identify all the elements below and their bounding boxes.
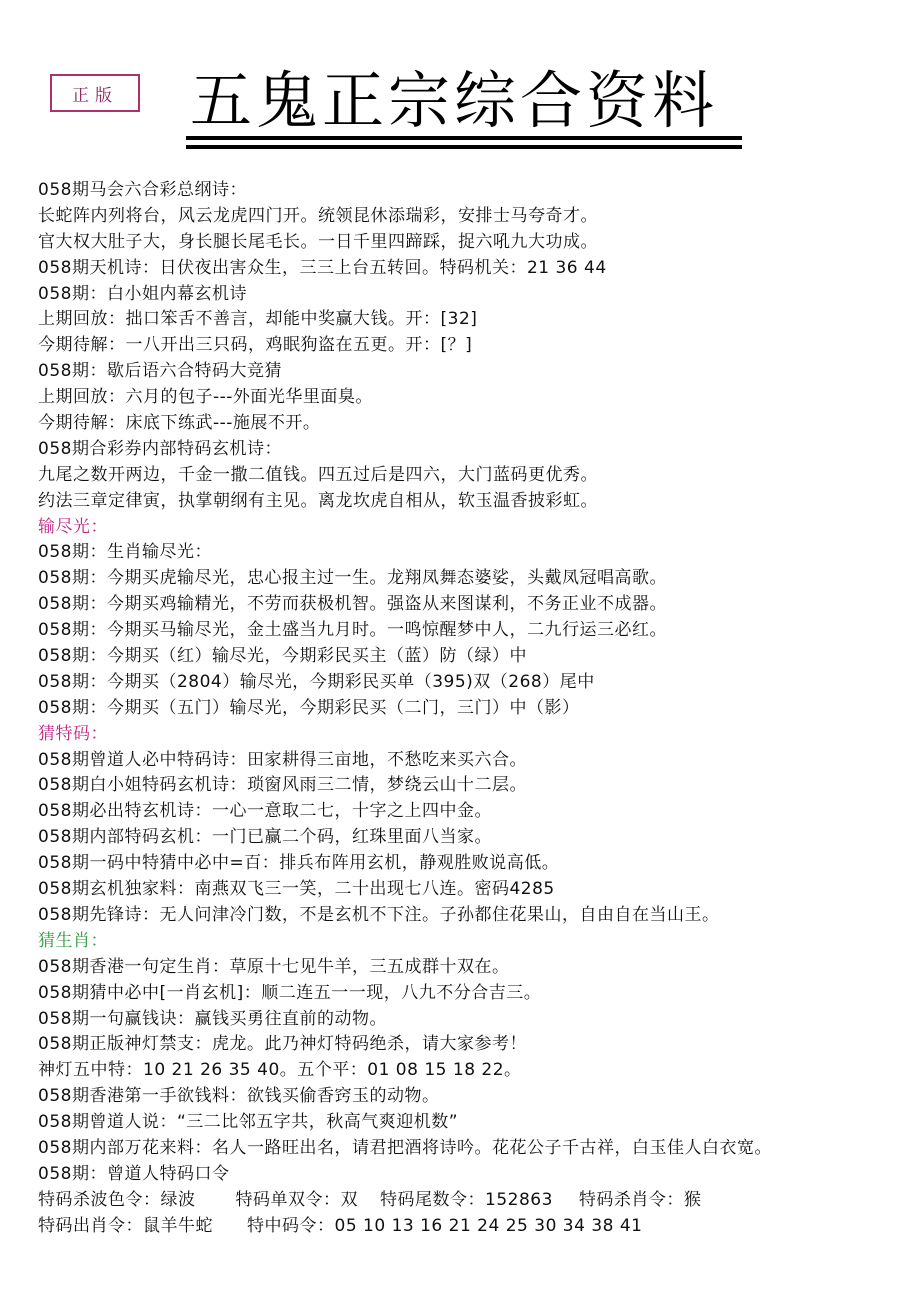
section-heading: 猜特码： [38, 722, 888, 748]
title-underline-bottom [186, 145, 742, 149]
text-line: 058期内部万花来料：名人一路旺出名，请君把酒将诗吟。花花公子千古祥，白玉佳人白… [38, 1136, 888, 1162]
tail-number-value: 152863 [485, 1190, 553, 1210]
text-line: 058期：今期买鸡输精光，不劳而获极机智。强盗从来图谋利，不务正业不成器。 [38, 592, 888, 618]
text-line: 058期一码中特猜中必中=百：排兵布阵用玄机，静观胜败说高低。 [38, 851, 888, 877]
text-line: 058期：今期买马输尽光，金土盛当九月时。一鸣惊醒梦中人，二九行运三必红。 [38, 618, 888, 644]
page-title: 五鬼正宗综合资料 [190, 66, 742, 136]
text-line: 约法三章定律寅，执掌朝纲有主见。离龙坎虎自相从，软玉温香披彩虹。 [38, 489, 888, 515]
command-row-2: 特码出肖令：鼠羊牛蛇特中码令：05 10 13 16 21 24 25 30 3… [38, 1214, 888, 1240]
text-line: 058期猜中必中[一肖玄机]：顺二连五一一现，八九不分合吉三。 [38, 981, 888, 1007]
text-line: 058期正版神灯禁支：虎龙。此乃神灯特码绝杀，请大家参考！ [38, 1032, 888, 1058]
kill-color-value: 绿波 [161, 1190, 196, 1210]
text-line: 058期：今期买（五门）输尽光，今期彩民买（二门，三门）中（影） [38, 696, 888, 722]
section-heading: 猜生肖： [38, 929, 888, 955]
text-line: 神灯五中特：10 21 26 35 40。五个平：01 08 15 18 22。 [38, 1058, 888, 1084]
odd-even-value: 双 [341, 1190, 359, 1210]
text-line: 058期马会六合彩总纲诗： [38, 178, 888, 204]
title-underline-top [186, 136, 742, 140]
text-line: 058期曾道人说：“三二比邻五字共，秋高气爽迎机数” [38, 1110, 888, 1136]
zodiac-out-label: 特码出肖令： [38, 1216, 143, 1236]
document-body: 058期马会六合彩总纲诗：长蛇阵内列将台，风云龙虎四门开。统领昆休添瑞彩，安排士… [38, 178, 888, 1240]
official-edition-badge: 正版 [50, 74, 140, 112]
special-numbers-label: 特中码令： [247, 1216, 335, 1236]
text-line: 058期：今期买（2804）输尽光，今期彩民买单（395)双（268）尾中 [38, 670, 888, 696]
text-line: 长蛇阵内列将台，风云龙虎四门开。统领昆休添瑞彩，安排士马夸奇才。 [38, 204, 888, 230]
kill-zodiac-value: 猴 [684, 1190, 702, 1210]
text-line: 058期先锋诗：无人问津冷门数，不是玄机不下注。子孙都住花果山，自由自在当山王。 [38, 903, 888, 929]
command-row-1: 特码杀波色令：绿波特码单双令：双特码尾数令：152863特码杀肖令：猴 [38, 1188, 888, 1214]
special-numbers-value: 05 10 13 16 21 24 25 30 34 38 41 [335, 1216, 643, 1236]
text-line: 058期：今期买虎输尽光，忠心报主过一生。龙翔凤舞态婆娑，头戴凤冠唱高歌。 [38, 566, 888, 592]
text-line: 官大权大肚子大，身长腿长尾毛长。一日千里四蹄踩，捉六吼九大功成。 [38, 230, 888, 256]
text-line: 九尾之数开两边，千金一撒二值钱。四五过后是四六，大门蓝码更优秀。 [38, 463, 888, 489]
text-lines: 058期马会六合彩总纲诗：长蛇阵内列将台，风云龙虎四门开。统领昆休添瑞彩，安排士… [38, 178, 888, 1188]
text-line: 058期曾道人必中特码诗：田家耕得三亩地，不愁吃来买六合。 [38, 748, 888, 774]
tail-number-label: 特码尾数令： [380, 1190, 485, 1210]
text-line: 058期：生肖输尽光： [38, 540, 888, 566]
text-line: 058期：曾道人特码口令 [38, 1162, 888, 1188]
kill-color-label: 特码杀波色令： [38, 1190, 161, 1210]
text-line: 058期内部特码玄机：一门已赢二个码，红珠里面八当家。 [38, 825, 888, 851]
section-heading: 输尽光： [38, 515, 888, 541]
text-line: 058期：今期买（红）输尽光，今期彩民买主（蓝）防（绿）中 [38, 644, 888, 670]
text-line: 058期：白小姐内幕玄机诗 [38, 282, 888, 308]
text-line: 058期天机诗：日伏夜出害众生，三三上台五转回。特码机关：21 36 44 [38, 256, 888, 282]
text-line: 058期香港第一手欲钱料：欲钱买偷香窍玉的动物。 [38, 1084, 888, 1110]
text-line: 058期玄机独家料：南燕双飞三一笑，二十出现七八连。密码4285 [38, 877, 888, 903]
kill-zodiac-label: 特码杀肖令： [579, 1190, 684, 1210]
zodiac-out-value: 鼠羊牛蛇 [143, 1216, 213, 1236]
text-line: 上期回放：六月的包子---外面光华里面臭。 [38, 385, 888, 411]
text-line: 上期回放：拙口笨舌不善言，却能中奖赢大钱。开：[32] [38, 307, 888, 333]
text-line: 今期待解：床底下练武---施展不开。 [38, 411, 888, 437]
text-line: 058期香港一句定生肖：草原十七见牛羊，三五成群十双在。 [38, 955, 888, 981]
text-line: 058期：歇后语六合特码大竞猜 [38, 359, 888, 385]
text-line: 058期一句赢钱诀：赢钱买勇往直前的动物。 [38, 1007, 888, 1033]
text-line: 今期待解：一八开出三只码，鸡眠狗盗在五更。开：[？] [38, 333, 888, 359]
text-line: 058期合彩券内部特码玄机诗： [38, 437, 888, 463]
text-line: 058期必出特玄机诗：一心一意取二七，十字之上四中金。 [38, 799, 888, 825]
text-line: 058期白小姐特码玄机诗：琐窗风雨三二情，梦绕云山十二层。 [38, 773, 888, 799]
odd-even-label: 特码单双令： [236, 1190, 341, 1210]
